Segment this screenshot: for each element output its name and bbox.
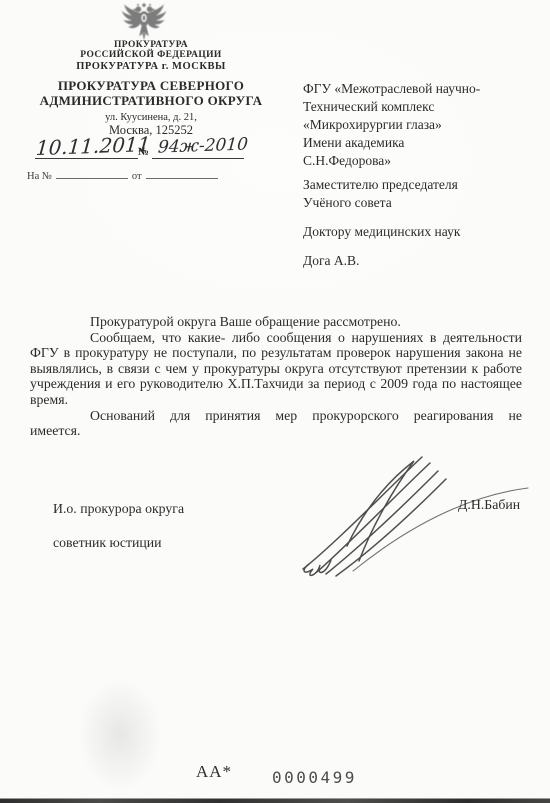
signer-title: И.о. прокурора округа советник юстиции <box>53 483 184 551</box>
recipient-org-line: Технический комплекс <box>303 98 528 116</box>
ref-number-blank <box>56 168 128 179</box>
body-paragraph-2: Сообщаем, что какие- либо сообщения о на… <box>30 330 522 408</box>
recipient-degree: Доктору медицинских наук <box>303 223 528 241</box>
ref-from-label: от <box>132 171 142 182</box>
date-underline <box>35 158 138 159</box>
number-sign: № <box>138 146 149 158</box>
recipient-org-line: Имени академика <box>303 134 528 152</box>
handwritten-signature <box>295 448 535 580</box>
recipient-position-line2: Учёного совета <box>303 194 528 212</box>
recipient-org-line: С.Н.Федорова» <box>303 152 528 170</box>
ref-label: На № <box>27 171 52 182</box>
address-line1: ул. Куусинена, д. 21, <box>22 112 280 123</box>
recipient-position-line1: Заместителю председателя <box>303 176 528 194</box>
org-name-line3: ПРОКУРАТУРА г. МОСКВЫ <box>22 61 280 72</box>
handwritten-outgoing-number: 94ж-2010 <box>157 136 249 156</box>
handwritten-date: 10.11.2011 <box>36 134 138 159</box>
recipient-block: ФГУ «Межотраслевой научно- Технический к… <box>303 80 528 270</box>
body-paragraph-1: Прокуратурой округа Ваше обращение рассм… <box>30 314 522 330</box>
form-series: АА* <box>196 762 232 782</box>
spacer <box>303 212 528 223</box>
spacer <box>303 241 528 252</box>
signer-title-line1: И.о. прокурора округа <box>53 501 184 516</box>
office-name: ПРОКУРАТУРА СЕВЕРНОГО АДМИНИСТРАТИВНОГО … <box>22 79 280 108</box>
form-number: 0000499 <box>272 768 357 787</box>
scanned-letter-page: ПРОКУРАТУРА РОССИЙСКОЙ ФЕДЕРАЦИИ ПРОКУРА… <box>0 0 550 803</box>
recipient-org-line: ФГУ «Межотраслевой научно- <box>303 80 528 98</box>
recipient-org-line: «Микрохирургии глаза» <box>303 116 528 134</box>
reference-line: На №от <box>27 168 222 182</box>
office-name-line2: АДМИНИСТРАТИВНОГО ОКРУГА <box>40 93 263 108</box>
ref-date-blank <box>146 168 218 179</box>
office-name-line1: ПРОКУРАТУРА СЕВЕРНОГО <box>58 78 244 93</box>
org-name-line1: ПРОКУРАТУРА <box>22 40 280 51</box>
recipient-name: Дога А.В. <box>303 252 528 270</box>
signer-name: Д.Н.Бабин <box>458 497 520 513</box>
letter-body: Прокуратурой округа Ваше обращение рассм… <box>30 314 522 439</box>
org-name-line2: РОССИЙСКОЙ ФЕДЕРАЦИИ <box>22 50 280 61</box>
coat-of-arms-icon <box>118 2 170 42</box>
body-paragraph-3: Оснований для принятия мер прокурорского… <box>30 408 522 439</box>
number-underline <box>152 158 244 159</box>
scan-edge-artifact <box>0 798 550 803</box>
signer-title-line2: советник юстиции <box>53 535 162 550</box>
